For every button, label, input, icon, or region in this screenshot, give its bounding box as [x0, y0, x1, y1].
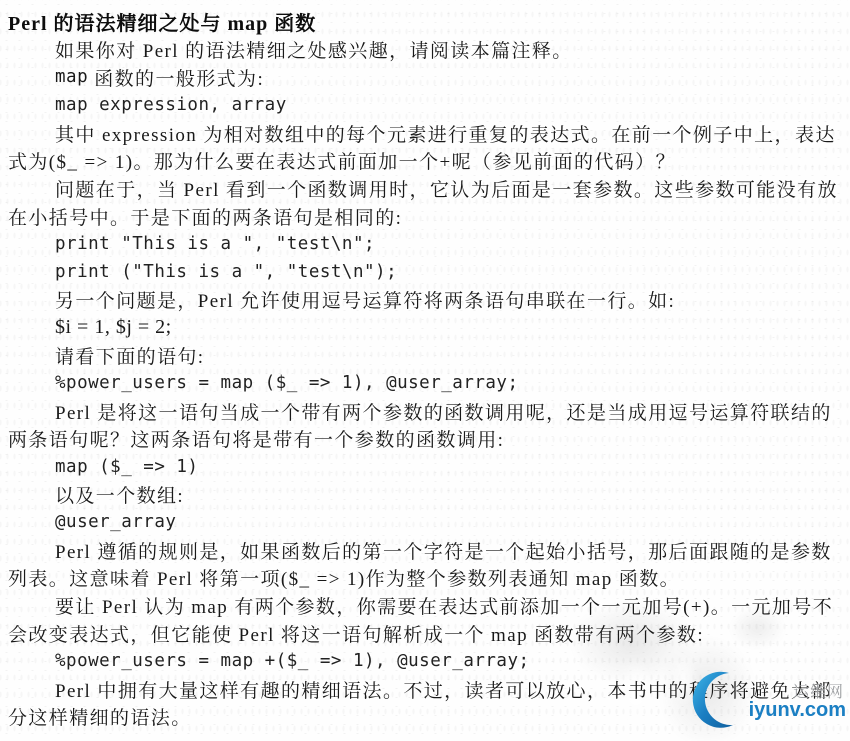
- code-line: %power_users = map ($_ => 1), @user_arra…: [8, 369, 840, 397]
- text-line: 两条语句呢？这两条语句将是带有一个参数的函数调用:: [8, 425, 840, 453]
- iyunv-watermark: 运维网 iyunv.com: [683, 669, 848, 739]
- code-line: print ("This is a ", "test\n");: [8, 258, 840, 286]
- text-line: Perl 是将这一语句当成一个带有两个参数的函数调用呢，还是当成用逗号运算符联结…: [8, 397, 840, 425]
- text-line: 其中 expression 为相对数组中的每个元素进行重复的表达式。在前一个例子…: [8, 119, 840, 147]
- code-line: @user_array: [8, 508, 840, 536]
- code-line: print "This is a ", "test\n";: [8, 230, 840, 258]
- text-line: 以及一个数组:: [8, 481, 840, 509]
- text-line: 请看下面的语句:: [8, 342, 840, 370]
- text-line: 要让 Perl 认为 map 有两个参数，你需要在表达式前添加一个一元加号(+)…: [8, 592, 840, 620]
- scanned-book-page: { "document": { "language": "zh-CN", "to…: [0, 0, 850, 741]
- text-line: 另一个问题是，Perl 允许使用逗号运算符将两条语句串联在一行。如:: [8, 286, 840, 314]
- inline-code: map: [55, 67, 88, 87]
- code-line: map expression, array: [8, 91, 840, 119]
- page-heading: Perl 的语法精细之处与 map 函数: [8, 8, 840, 36]
- text-line: 问题在于，当 Perl 看到一个函数调用时，它认为后面是一套参数。这些参数可能没…: [8, 175, 840, 203]
- text-line: 如果你对 Perl 的语法精细之处感兴趣，请阅读本篇注释。: [8, 36, 840, 64]
- code-line: map ($_ => 1): [8, 453, 840, 481]
- page-body: Perl 的语法精细之处与 map 函数 如果你对 Perl 的语法精细之处感兴…: [0, 0, 850, 731]
- text-line: 列表。这意味着 Perl 将第一项($_ => 1)作为整个参数列表通知 map…: [8, 564, 840, 592]
- text-line-rest: 函数的一般形式为:: [88, 64, 264, 91]
- text-line: 会改变表达式，但它能使 Perl 将这一语句解析成一个 map 函数带有两个参数…: [8, 620, 840, 648]
- watermark-site-url: iyunv.com: [749, 699, 846, 722]
- text-line: 在小括号中。于是下面的两条语句是相同的:: [8, 203, 840, 231]
- text-line: 式为($_ => 1)。那为什么要在表达式前面加一个+呢（参见前面的代码）？: [8, 147, 840, 175]
- text-line: Perl 遵循的规则是，如果函数后的第一个字符是一个起始小括号，那后面跟随的是参…: [8, 536, 840, 564]
- math-line: $i = 1, $j = 2;: [8, 314, 840, 342]
- text-line: map 函数的一般形式为:: [8, 64, 840, 92]
- iyunv-swoosh-icon: [683, 669, 745, 731]
